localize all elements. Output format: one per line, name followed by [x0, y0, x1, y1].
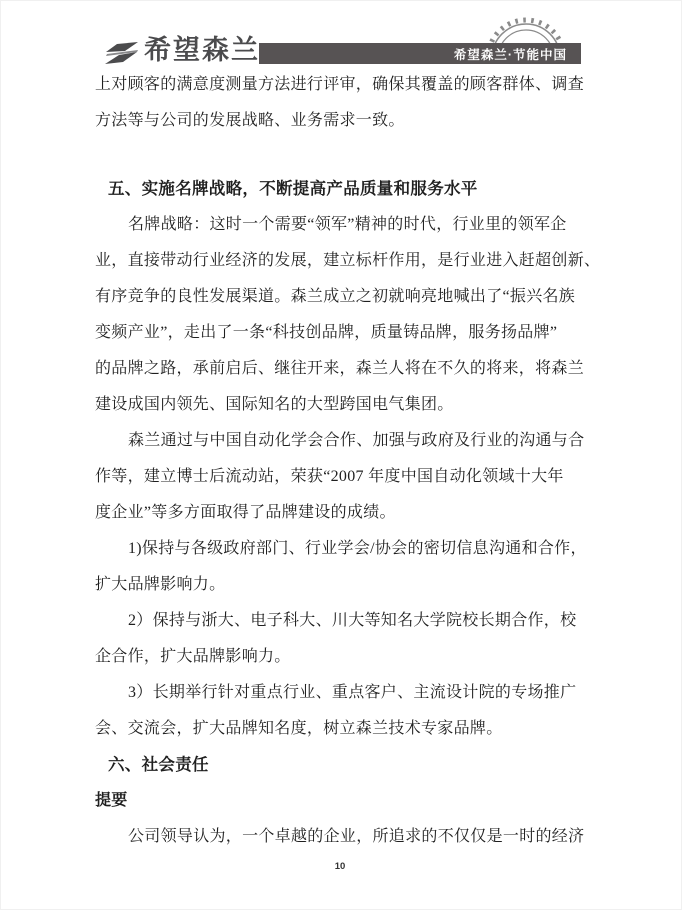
text-line: 公司领导认为，一个卓越的企业，所追求的不仅仅是一时的经济 [95, 819, 599, 855]
list-item-line: 扩大品牌影响力。 [95, 567, 599, 603]
text-line: 的品牌之路，承前启后、继往开来，森兰人将在不久的将来，将森兰 [95, 351, 599, 387]
section-heading: 五、实施名牌战略，不断提高产品质量和服务水平 [95, 171, 599, 207]
banner-bar: 希望森兰·节能中国 [259, 43, 581, 64]
logo-swoosh-icon [104, 41, 140, 66]
document-page: 希望森兰 希望森兰·节能中国 上对顾客的满意度测量方法进行评审，确保其覆盖的顾客… [0, 0, 682, 910]
summary-label: 提要 [95, 783, 599, 819]
text-line: 森兰通过与中国自动化学会合作、加强与政府及行业的沟通与合 [95, 423, 599, 459]
text-line: 作等，建立博士后流动站，荣获“2007 年度中国自动化领域十大年 [95, 459, 599, 495]
banner-text: 希望森兰·节能中国 [454, 45, 567, 63]
body-text: 上对顾客的满意度测量方法进行评审，确保其覆盖的顾客群体、调查 方法等与公司的发展… [95, 67, 599, 855]
list-item-line: 3）长期举行针对重点行业、重点客户、主流设计院的专场推广 [95, 675, 599, 711]
list-item-line: 1)保持与各级政府部门、行业学会/协会的密切信息沟通和合作， [95, 531, 599, 567]
section-heading: 六、社会责任 [95, 747, 599, 783]
list-item-line: 企合作，扩大品牌影响力。 [95, 639, 599, 675]
page-number: 10 [95, 861, 585, 872]
text-line: 度企业”等多方面取得了品牌建设的成绩。 [95, 495, 599, 531]
text-line: 建设成国内领先、国际知名的大型跨国电气集团。 [95, 387, 599, 423]
list-item-line: 2）保持与浙大、电子科大、川大等知名大学院校长期合作，校 [95, 603, 599, 639]
text-line: 方法等与公司的发展战略、业务需求一致。 [95, 103, 599, 139]
list-item-line: 会、交流会，扩大品牌知名度，树立森兰技术专家品牌。 [95, 711, 599, 747]
text-line: 名牌战略：这时一个需要“领军”精神的时代，行业里的领军企 [95, 207, 599, 243]
logo-text: 希望森兰 [144, 36, 260, 64]
text-line: 变频产业”，走出了一条“科技创品牌，质量铸品牌，服务扬品牌” [95, 315, 599, 351]
text-line: 有序竞争的良性发展渠道。森兰成立之初就响亮地喊出了“振兴名族 [95, 279, 599, 315]
text-line: 上对顾客的满意度测量方法进行评审，确保其覆盖的顾客群体、调查 [95, 67, 599, 103]
gear-icon [478, 8, 574, 44]
text-line: 业，直接带动行业经济的发展，建立标杆作用，是行业进入赶超创新、 [95, 243, 599, 279]
